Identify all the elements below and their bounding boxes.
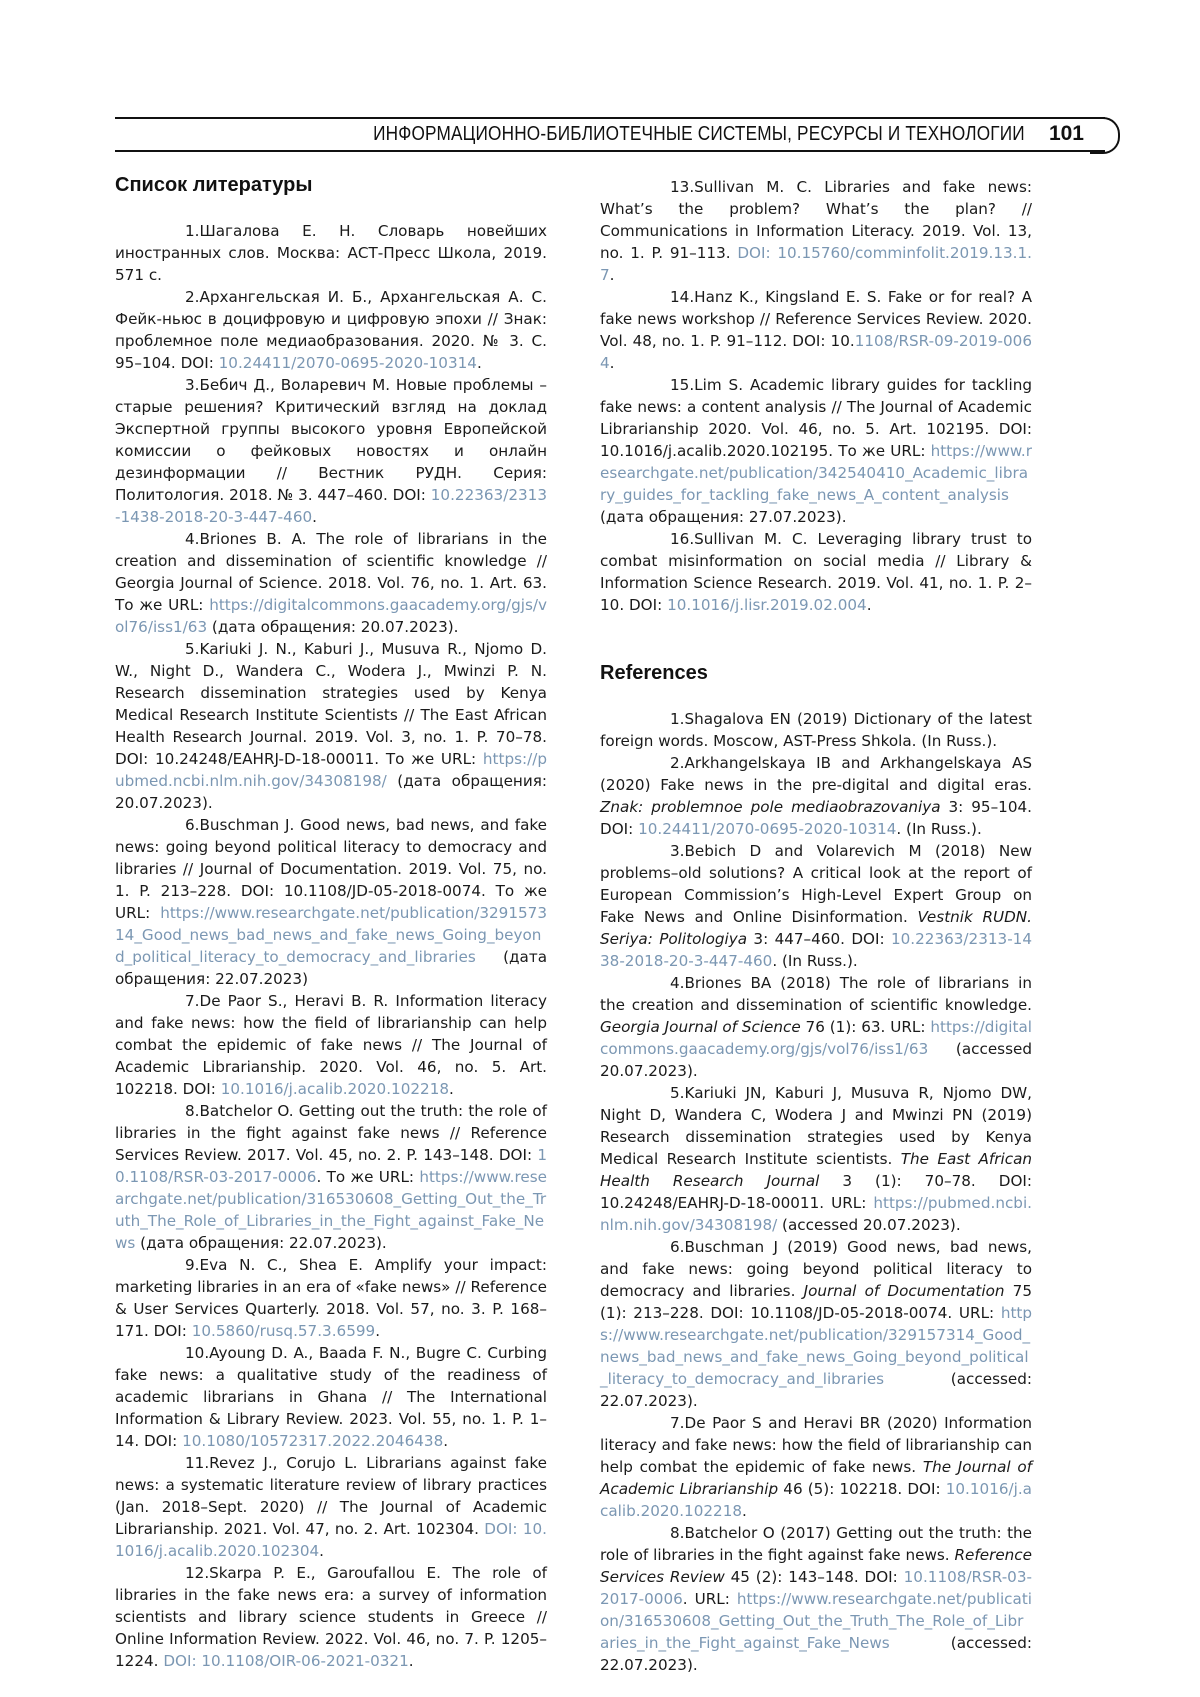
reference-number: 16. <box>635 528 694 550</box>
reference-entry: 6.Buschman J (2019) Good news, bad news,… <box>600 1236 1032 1412</box>
reference-text: . <box>319 1542 324 1560</box>
reference-entry: 11.Revez J., Corujo L. Librarians agains… <box>115 1452 547 1562</box>
reference-link[interactable]: 10.5860/rusq.57.3.6599 <box>192 1322 375 1340</box>
reference-entry: 8.Batchelor O. Getting out the truth: th… <box>115 1100 547 1254</box>
header-rule-bottom <box>115 150 1105 152</box>
reference-text: . <box>375 1322 380 1340</box>
reference-link[interactable]: 10.1016/j.acalib.2020.102218 <box>221 1080 449 1098</box>
reference-text: . (In Russ.). <box>896 820 981 838</box>
reference-entry: 5.Kariuki J. N., Kaburi J., Musuva R., N… <box>115 638 547 814</box>
reference-entry: 12.Skarpa P. E., Garoufallou E. The role… <box>115 1562 547 1672</box>
ru-reference-list: 1.Шагалова Е. Н. Словарь новейших иностр… <box>115 220 547 1672</box>
ru-reference-list-continued: 13.Sullivan M. C. Libraries and fake new… <box>600 176 1032 616</box>
reference-number: 13. <box>635 176 694 198</box>
reference-number: 7. <box>635 1412 685 1434</box>
reference-number: 9. <box>150 1254 200 1276</box>
reference-text: 3: 447–460. DOI: <box>747 930 891 948</box>
reference-number: 7. <box>150 990 200 1012</box>
reference-entry: 4.Briones BA (2018) The role of libraria… <box>600 972 1032 1082</box>
reference-text: (дата обращения: 27.07.2023). <box>600 508 847 526</box>
reference-number: 12. <box>150 1562 209 1584</box>
reference-entry: 1.Шагалова Е. Н. Словарь новейших иностр… <box>115 220 547 286</box>
reference-text: . (In Russ.). <box>772 952 857 970</box>
header-rule-top <box>115 117 1105 119</box>
reference-number: 6. <box>635 1236 685 1258</box>
left-column: Список литературы 1.Шагалова Е. Н. Слова… <box>115 172 547 1672</box>
right-column: 13.Sullivan M. C. Libraries and fake new… <box>600 176 1032 1676</box>
reference-entry: 3.Bebich D and Volarevich M (2018) New p… <box>600 840 1032 972</box>
reference-number: 4. <box>635 972 685 994</box>
reference-entry: 15.Lim S. Academic library guides for ta… <box>600 374 1032 528</box>
reference-link[interactable]: 10.24411/2070-0695-2020-10314 <box>638 820 896 838</box>
reference-text: Kariuki J. N., Kaburi J., Musuva R., Njo… <box>115 640 547 768</box>
reference-number: 6. <box>150 814 200 836</box>
reference-entry: 7.De Paor S., Heravi B. R. Information l… <box>115 990 547 1100</box>
reference-entry: 5.Kariuki JN, Kaburi J, Musuva R, Njomo … <box>600 1082 1032 1236</box>
reference-text: 76 (1): 63. URL: <box>801 1018 931 1036</box>
reference-number: 15. <box>635 374 694 396</box>
reference-entry: 7.De Paor S and Heravi BR (2020) Informa… <box>600 1412 1032 1522</box>
reference-number: 1. <box>635 708 685 730</box>
reference-entry: 4.Briones B. A. The role of librarians i… <box>115 528 547 638</box>
reference-text: (дата обращения: 22.07.2023). <box>135 1234 386 1252</box>
reference-number: 8. <box>635 1522 685 1544</box>
reference-number: 8. <box>150 1100 200 1122</box>
reference-number: 14. <box>635 286 694 308</box>
reference-number: 5. <box>635 1082 685 1104</box>
reference-entry: 10.Ayoung D. A., Baada F. N., Bugre C. C… <box>115 1342 547 1452</box>
reference-text: . <box>610 266 615 284</box>
reference-entry: 13.Sullivan M. C. Libraries and fake new… <box>600 176 1032 286</box>
reference-entry: 8.Batchelor O (2017) Getting out the tru… <box>600 1522 1032 1676</box>
reference-number: 2. <box>150 286 200 308</box>
reference-number: 5. <box>150 638 200 660</box>
reference-link[interactable]: 10.24411/2070-0695-2020-10314 <box>219 354 477 372</box>
reference-text: Бебич Д., Воларевич М. Новые проблемы – … <box>115 376 547 504</box>
reference-text: . То же URL: <box>316 1168 419 1186</box>
reference-text: (дата обращения: 20.07.2023). <box>207 618 458 636</box>
journal-title: Journal of Documentation <box>804 1282 1005 1300</box>
reference-text: . <box>409 1652 414 1670</box>
reference-number: 10. <box>150 1342 209 1364</box>
reference-entry: 2.Архангельская И. Б., Архангельская А. … <box>115 286 547 374</box>
reference-text: 45 (2): 143–148. DOI: <box>725 1568 904 1586</box>
reference-entry: 3.Бебич Д., Воларевич М. Новые проблемы … <box>115 374 547 528</box>
reference-text: . <box>610 354 615 372</box>
reference-text: . <box>449 1080 454 1098</box>
reference-entry: 6.Buschman J. Good news, bad news, and f… <box>115 814 547 990</box>
reference-number: 1. <box>150 220 200 242</box>
en-references-title: References <box>600 660 1032 686</box>
reference-text: 46 (5): 102218. DOI: <box>778 1480 946 1498</box>
en-reference-list: 1.Shagalova EN (2019) Dictionary of the … <box>600 708 1032 1676</box>
reference-link[interactable]: 10.1080/10572317.2022.2046438 <box>182 1432 443 1450</box>
reference-number: 3. <box>635 840 685 862</box>
reference-text: . <box>477 354 482 372</box>
reference-entry: 16.Sullivan M. C. Leveraging library tru… <box>600 528 1032 616</box>
reference-number: 2. <box>635 752 685 774</box>
reference-entry: 14.Hanz K., Kingsland E. S. Fake or for … <box>600 286 1032 374</box>
journal-title: Znak: problemnoe pole mediaobrazovaniya <box>600 798 941 816</box>
reference-link[interactable]: 10.1016/j.lisr.2019.02.004 <box>667 596 867 614</box>
reference-number: 4. <box>150 528 200 550</box>
journal-title: Georgia Journal of Science <box>600 1018 801 1036</box>
reference-entry: 9.Eva N. C., Shea E. Amplify your impact… <box>115 1254 547 1342</box>
ru-references-title: Список литературы <box>115 172 547 198</box>
reference-text: . <box>443 1432 448 1450</box>
reference-text: . URL: <box>683 1590 737 1608</box>
reference-text: . <box>312 508 317 526</box>
reference-number: 3. <box>150 374 200 396</box>
running-header: ИНФОРМАЦИОННО-БИБЛИОТЕЧНЫЕ СИСТЕМЫ, РЕСУ… <box>115 117 1120 150</box>
running-title: ИНФОРМАЦИОННО-БИБЛИОТЕЧНЫЕ СИСТЕМЫ, РЕСУ… <box>373 123 1025 146</box>
reference-link[interactable]: DOI: 10.1108/OIR-06-2021-0321 <box>163 1652 408 1670</box>
reference-text: . <box>742 1502 747 1520</box>
reference-number: 11. <box>150 1452 209 1474</box>
reference-entry: 2.Arkhangelskaya IB and Arkhangelskaya A… <box>600 752 1032 840</box>
header-rounded-cap <box>1090 117 1120 154</box>
reference-text: (accessed 20.07.2023). <box>777 1216 960 1234</box>
reference-text: . <box>867 596 872 614</box>
page-number: 101 <box>1049 122 1084 146</box>
reference-entry: 1.Shagalova EN (2019) Dictionary of the … <box>600 708 1032 752</box>
